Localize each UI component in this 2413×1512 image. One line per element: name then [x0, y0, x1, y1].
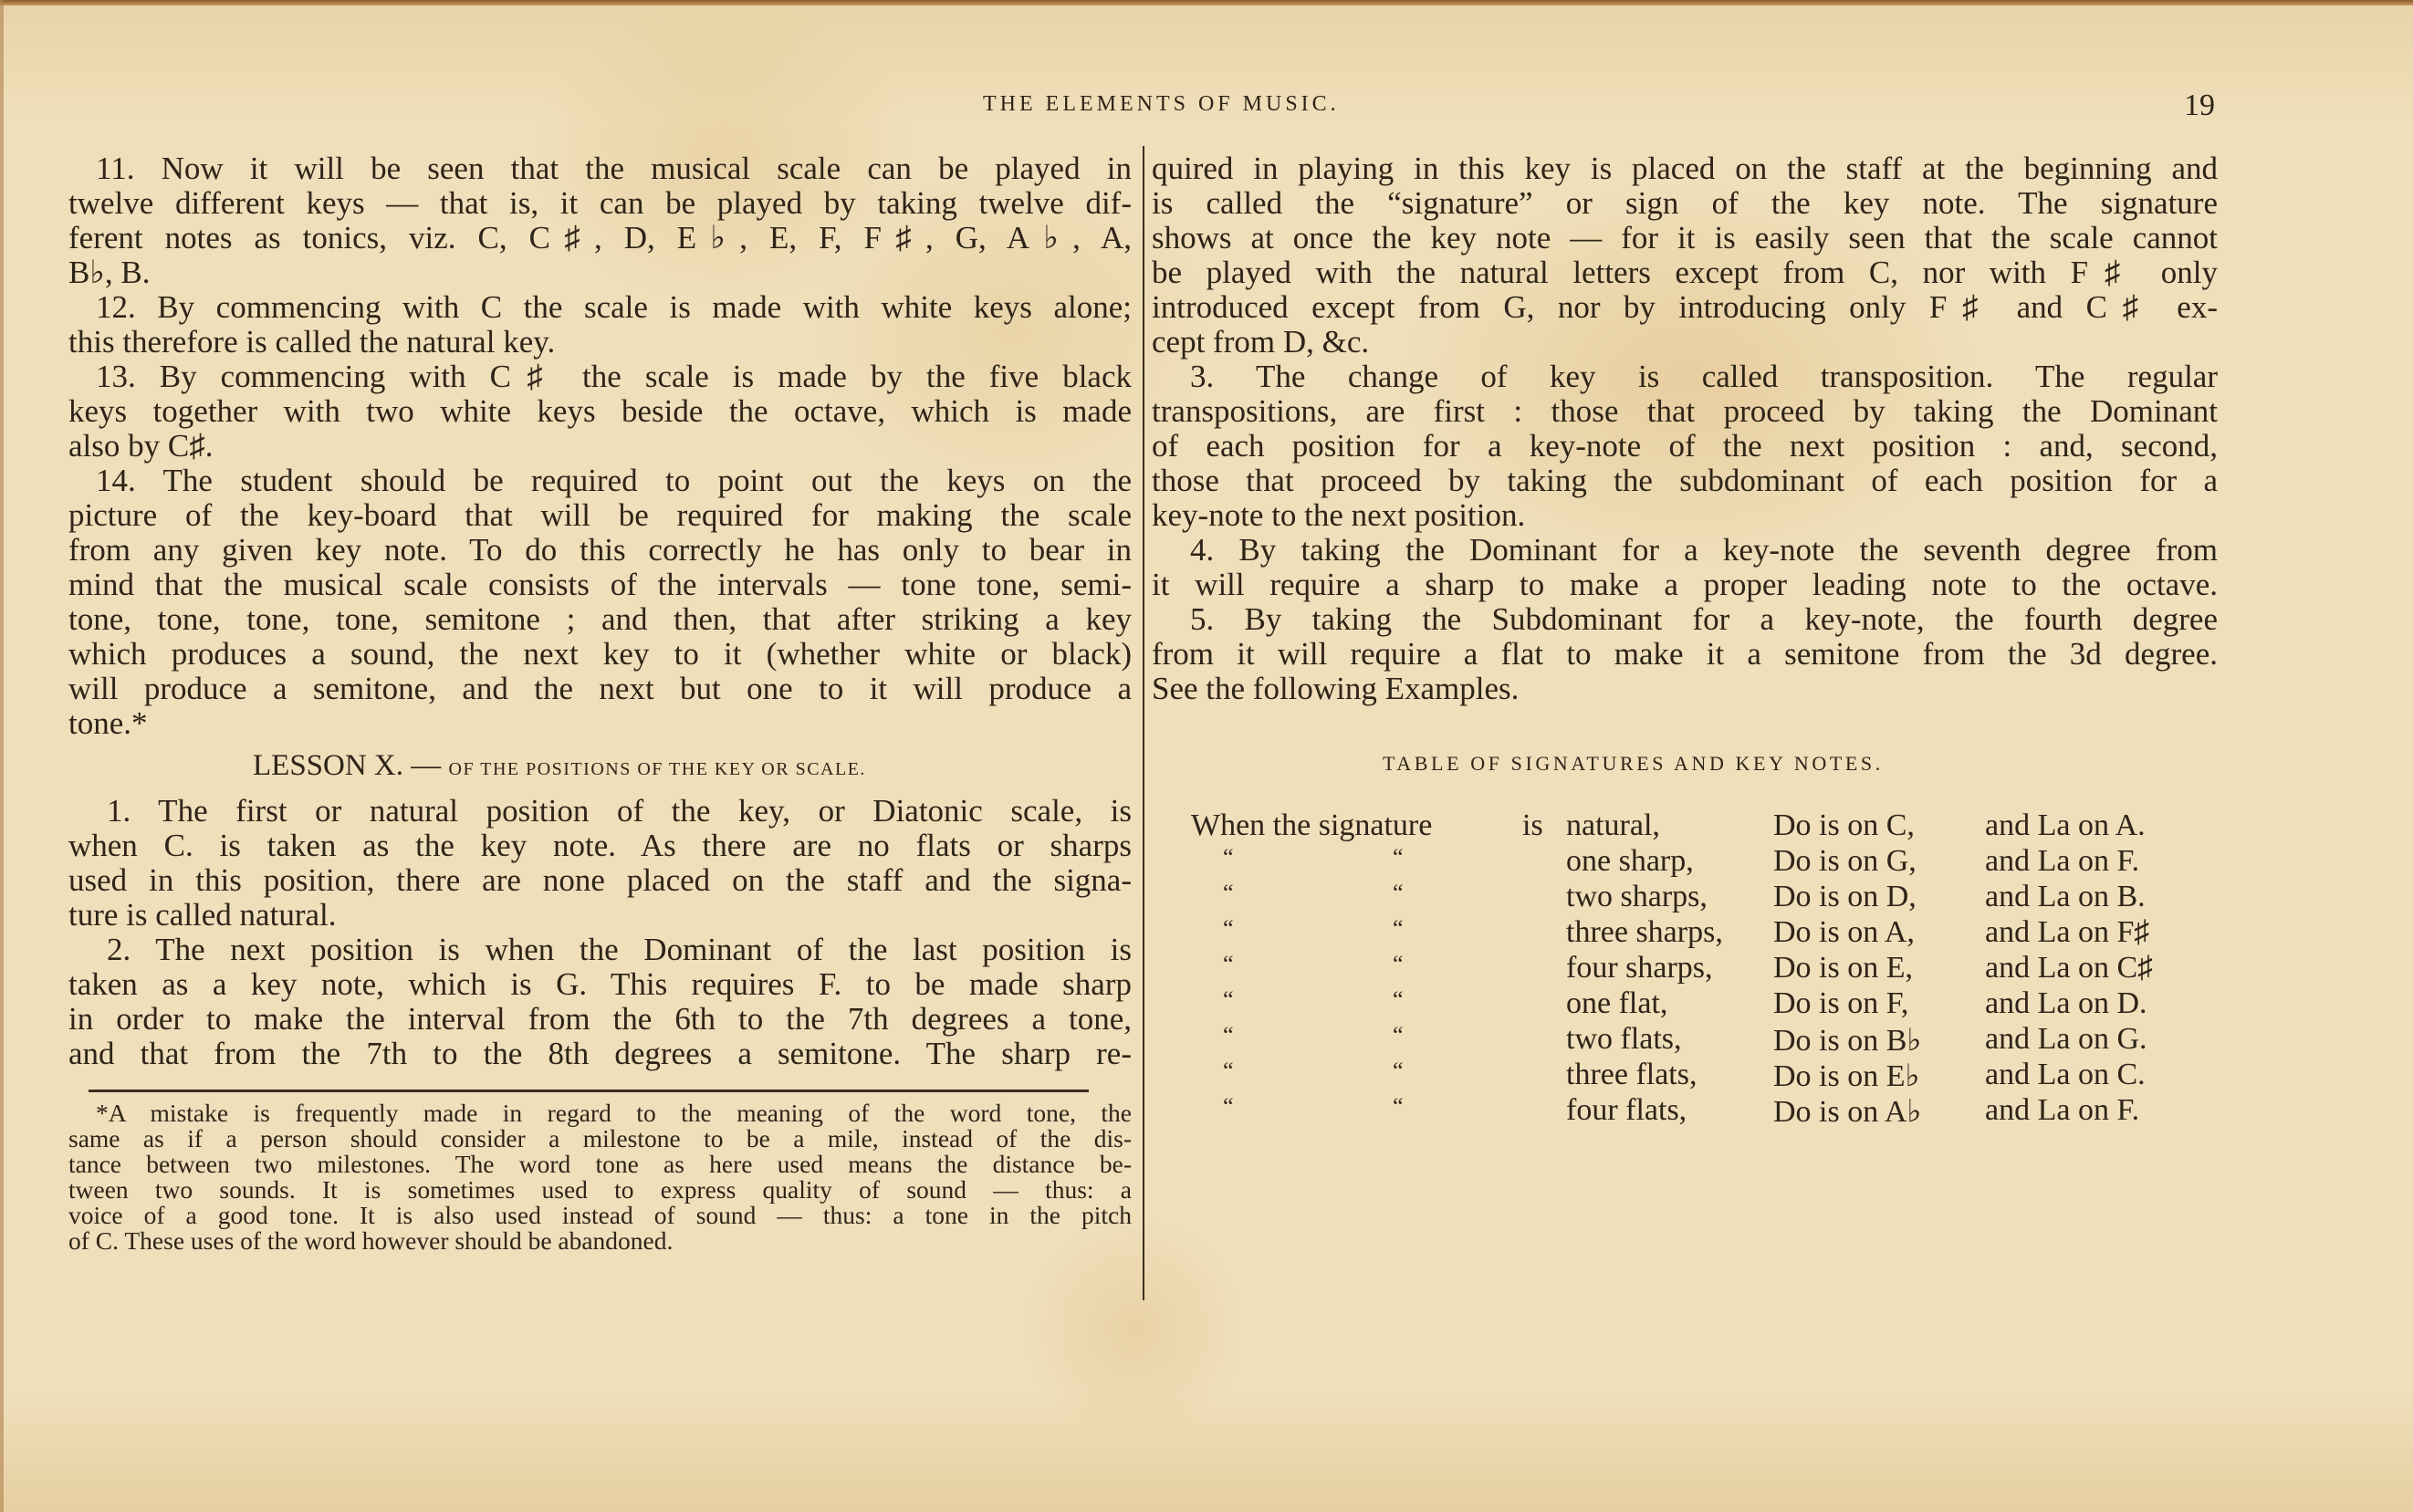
paragraph-14-line: picture of the key-board that will be re… [68, 498, 1132, 533]
lesson-paragraph-1-line: used in this position, there are none pl… [68, 863, 1132, 898]
lesson-paragraph-1-line: 1. The first or natural position of the … [68, 794, 1132, 829]
lesson-heading: LESSON X. — OF THE POSITIONS OF THE KEY … [253, 749, 866, 783]
row-la: and La on F. [1985, 1093, 2139, 1128]
footnote-line: same as if a person should consider a mi… [68, 1126, 1132, 1152]
paragraph-5-line: See the following Examples. [1152, 672, 2218, 706]
ditto-mark: “ [1223, 986, 1234, 1014]
row-la: and La on B. [1985, 880, 2146, 914]
ditto-mark: “ [1393, 915, 1404, 943]
paragraph-5-line: 5. By taking the Subdominant for a key-n… [1152, 602, 2218, 637]
lesson-title: LESSON X. [253, 749, 403, 782]
ditto-mark: “ [1393, 986, 1404, 1014]
footnote-line: *A mistake is frequently made in regard … [68, 1100, 1132, 1126]
row-signature: three flats, [1566, 1058, 1697, 1092]
row-signature: four flats, [1566, 1093, 1687, 1128]
footnote-line: voice of a good tone. It is also used in… [68, 1203, 1132, 1228]
footnote-line: tween two sounds. It is sometimes used t… [68, 1177, 1132, 1203]
ditto-mark: “ [1223, 1093, 1234, 1121]
row-do: Do is on A, [1773, 915, 1915, 950]
footnote-line: of C. These uses of the word however sho… [68, 1228, 1132, 1254]
book-page: THE ELEMENTS OF MUSIC. 19 11. Now it wil… [0, 0, 2413, 1512]
row-is: is [1522, 808, 1543, 843]
lesson-paragraph-2-line: in order to make the interval from the 6… [68, 1002, 1132, 1037]
paragraph-11-line: B♭, B. [68, 255, 1132, 290]
lesson-paragraph-1-line: when C. is taken as the key note. As the… [68, 829, 1132, 863]
row-la: and La on F. [1985, 844, 2139, 879]
row-do: Do is on D, [1773, 880, 1917, 914]
page-top-edge [0, 0, 2413, 5]
row-la: and La on G. [1985, 1022, 2147, 1057]
paragraph-3-line: 3. The change of key is called transposi… [1152, 360, 2218, 394]
footnote-rule [89, 1090, 1089, 1092]
row-signature: four sharps, [1566, 951, 1713, 985]
paragraph-12-line: 12. By commencing with C the scale is ma… [68, 290, 1132, 325]
row-lead: When the signature [1191, 808, 1432, 843]
row-do: Do is on E, [1773, 951, 1913, 985]
row-signature: natural, [1566, 808, 1660, 843]
paragraph-11-line: twelve different keys — that is, it can … [68, 186, 1132, 221]
row-do: Do is on C, [1773, 808, 1915, 843]
row-signature: one sharp, [1566, 844, 1694, 879]
row-signature: one flat, [1566, 986, 1667, 1021]
ditto-mark: “ [1393, 951, 1404, 978]
paragraph-2-continued-line: introduced except from G, nor by introdu… [1152, 290, 2218, 325]
row-do: Do is on E♭ [1773, 1058, 1920, 1094]
paragraph-13-line: 13. By commencing with C♯ the scale is m… [68, 360, 1132, 394]
paragraph-3-line: transpositions, are first : those that p… [1152, 394, 2218, 429]
row-do: Do is on G, [1773, 844, 1917, 879]
ditto-mark: “ [1393, 844, 1404, 871]
ditto-mark: “ [1223, 844, 1234, 871]
lesson-paragraph-2-line: 2. The next position is when the Dominan… [68, 933, 1132, 967]
ditto-mark: “ [1223, 1022, 1234, 1049]
paragraph-14-line: tone, tone, tone, tone, semitone ; and t… [68, 602, 1132, 637]
ditto-mark: “ [1223, 951, 1234, 978]
table-title: TABLE OF SIGNATURES AND KEY NOTES. [1383, 752, 1884, 776]
row-la: and La on A. [1985, 808, 2146, 843]
paragraph-2-continued-line: be played with the natural letters excep… [1152, 255, 2218, 290]
row-la: and La on C♯ [1985, 951, 2153, 985]
row-la: and La on D. [1985, 986, 2147, 1021]
paragraph-2-continued-line: shows at once the key note — for it is e… [1152, 221, 2218, 255]
ditto-mark: “ [1393, 1058, 1404, 1085]
paragraph-13-line: keys together with two white keys beside… [68, 394, 1132, 429]
paragraph-14-line: mind that the musical scale consists of … [68, 568, 1132, 602]
lesson-subtitle: OF THE POSITIONS OF THE KEY OR SCALE. [449, 759, 866, 779]
paragraph-14-line: tone.* [68, 706, 1132, 741]
row-signature: three sharps, [1566, 915, 1723, 950]
paragraph-11-line: ferent notes as tonics, viz. C, C♯, D, E… [68, 221, 1132, 255]
ditto-mark: “ [1223, 1058, 1234, 1085]
row-la: and La on F♯ [1985, 915, 2149, 950]
row-do: Do is on F, [1773, 986, 1908, 1021]
paragraph-3-line: of each position for a key-note of the n… [1152, 429, 2218, 464]
paragraph-4-line: 4. By taking the Dominant for a key-note… [1152, 533, 2218, 568]
ditto-mark: “ [1393, 880, 1404, 907]
page-left-edge [0, 0, 4, 1512]
paragraph-2-continued-line: cept from D, &c. [1152, 325, 2218, 360]
paragraph-2-continued-line: is called the “signature” or sign of the… [1152, 186, 2218, 221]
paragraph-12-line: this therefore is called the natural key… [68, 325, 1132, 360]
footnote-line: tance between two milestones. The word t… [68, 1152, 1132, 1177]
paragraph-14-line: 14. The student should be required to po… [68, 464, 1132, 498]
row-do: Do is on B♭ [1773, 1022, 1921, 1058]
paragraph-11-line: 11. Now it will be seen that the musical… [68, 151, 1132, 186]
lesson-paragraph-2-line: taken as a key note, which is G. This re… [68, 967, 1132, 1002]
lesson-dash: — [403, 749, 449, 782]
ditto-mark: “ [1393, 1022, 1404, 1049]
column-divider [1143, 146, 1144, 1300]
row-la: and La on C. [1985, 1058, 2146, 1092]
paragraph-14-line: which produces a sound, the next key to … [68, 637, 1132, 672]
ditto-mark: “ [1223, 915, 1234, 943]
running-title: THE ELEMENTS OF MUSIC. [983, 92, 1340, 117]
paragraph-14-line: will produce a semitone, and the next bu… [68, 672, 1132, 706]
lesson-paragraph-2-line: and that from the 7th to the 8th degrees… [68, 1037, 1132, 1071]
lesson-paragraph-1-line: ture is called natural. [68, 898, 1132, 933]
row-signature: two sharps, [1566, 880, 1708, 914]
paragraph-2-continued-line: quired in playing in this key is placed … [1152, 151, 2218, 186]
paragraph-3-line: key-note to the next position. [1152, 498, 2218, 533]
paragraph-14-line: from any given key note. To do this corr… [68, 533, 1132, 568]
page-number: 19 [2184, 89, 2215, 123]
paragraph-4-line: it will require a sharp to make a proper… [1152, 568, 2218, 602]
row-do: Do is on A♭ [1773, 1093, 1921, 1130]
paragraph-3-line: those that proceed by taking the subdomi… [1152, 464, 2218, 498]
ditto-mark: “ [1393, 1093, 1404, 1121]
paragraph-5-line: from it will require a flat to make it a… [1152, 637, 2218, 672]
ditto-mark: “ [1223, 880, 1234, 907]
row-signature: two flats, [1566, 1022, 1682, 1057]
paragraph-13-line: also by C♯. [68, 429, 1132, 464]
